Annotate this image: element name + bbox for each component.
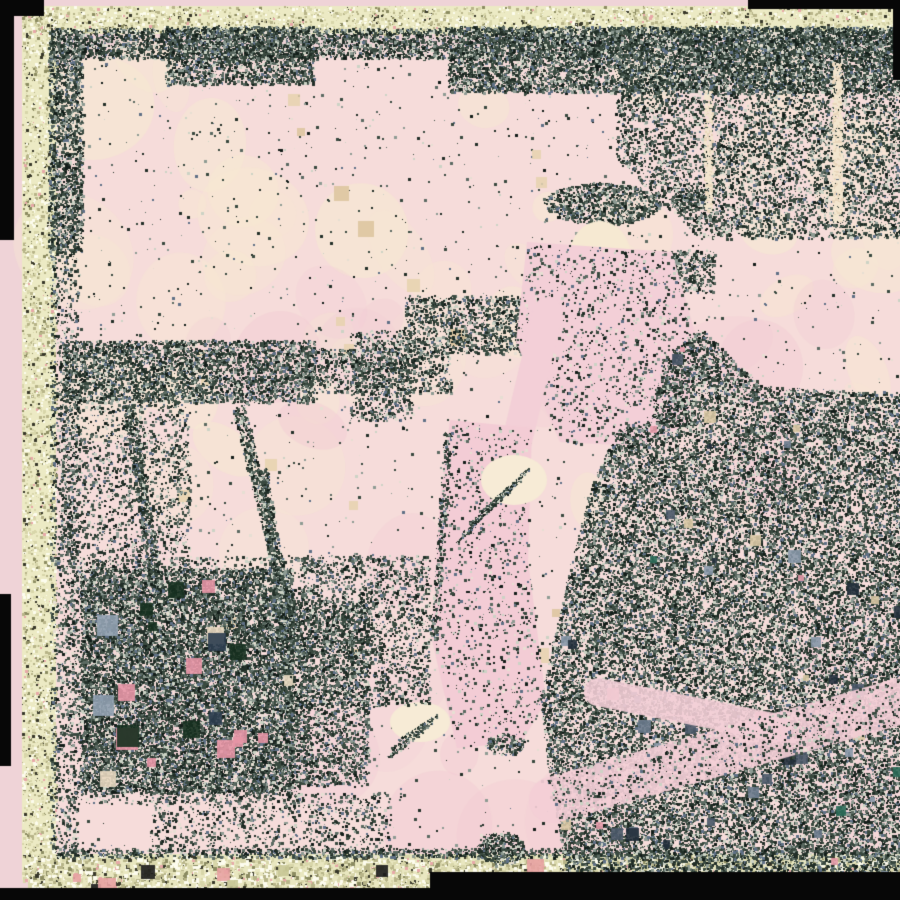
degraded-photo-canvas (0, 0, 900, 900)
screenshot-root (0, 0, 900, 900)
degraded-photo-figure (0, 0, 900, 900)
